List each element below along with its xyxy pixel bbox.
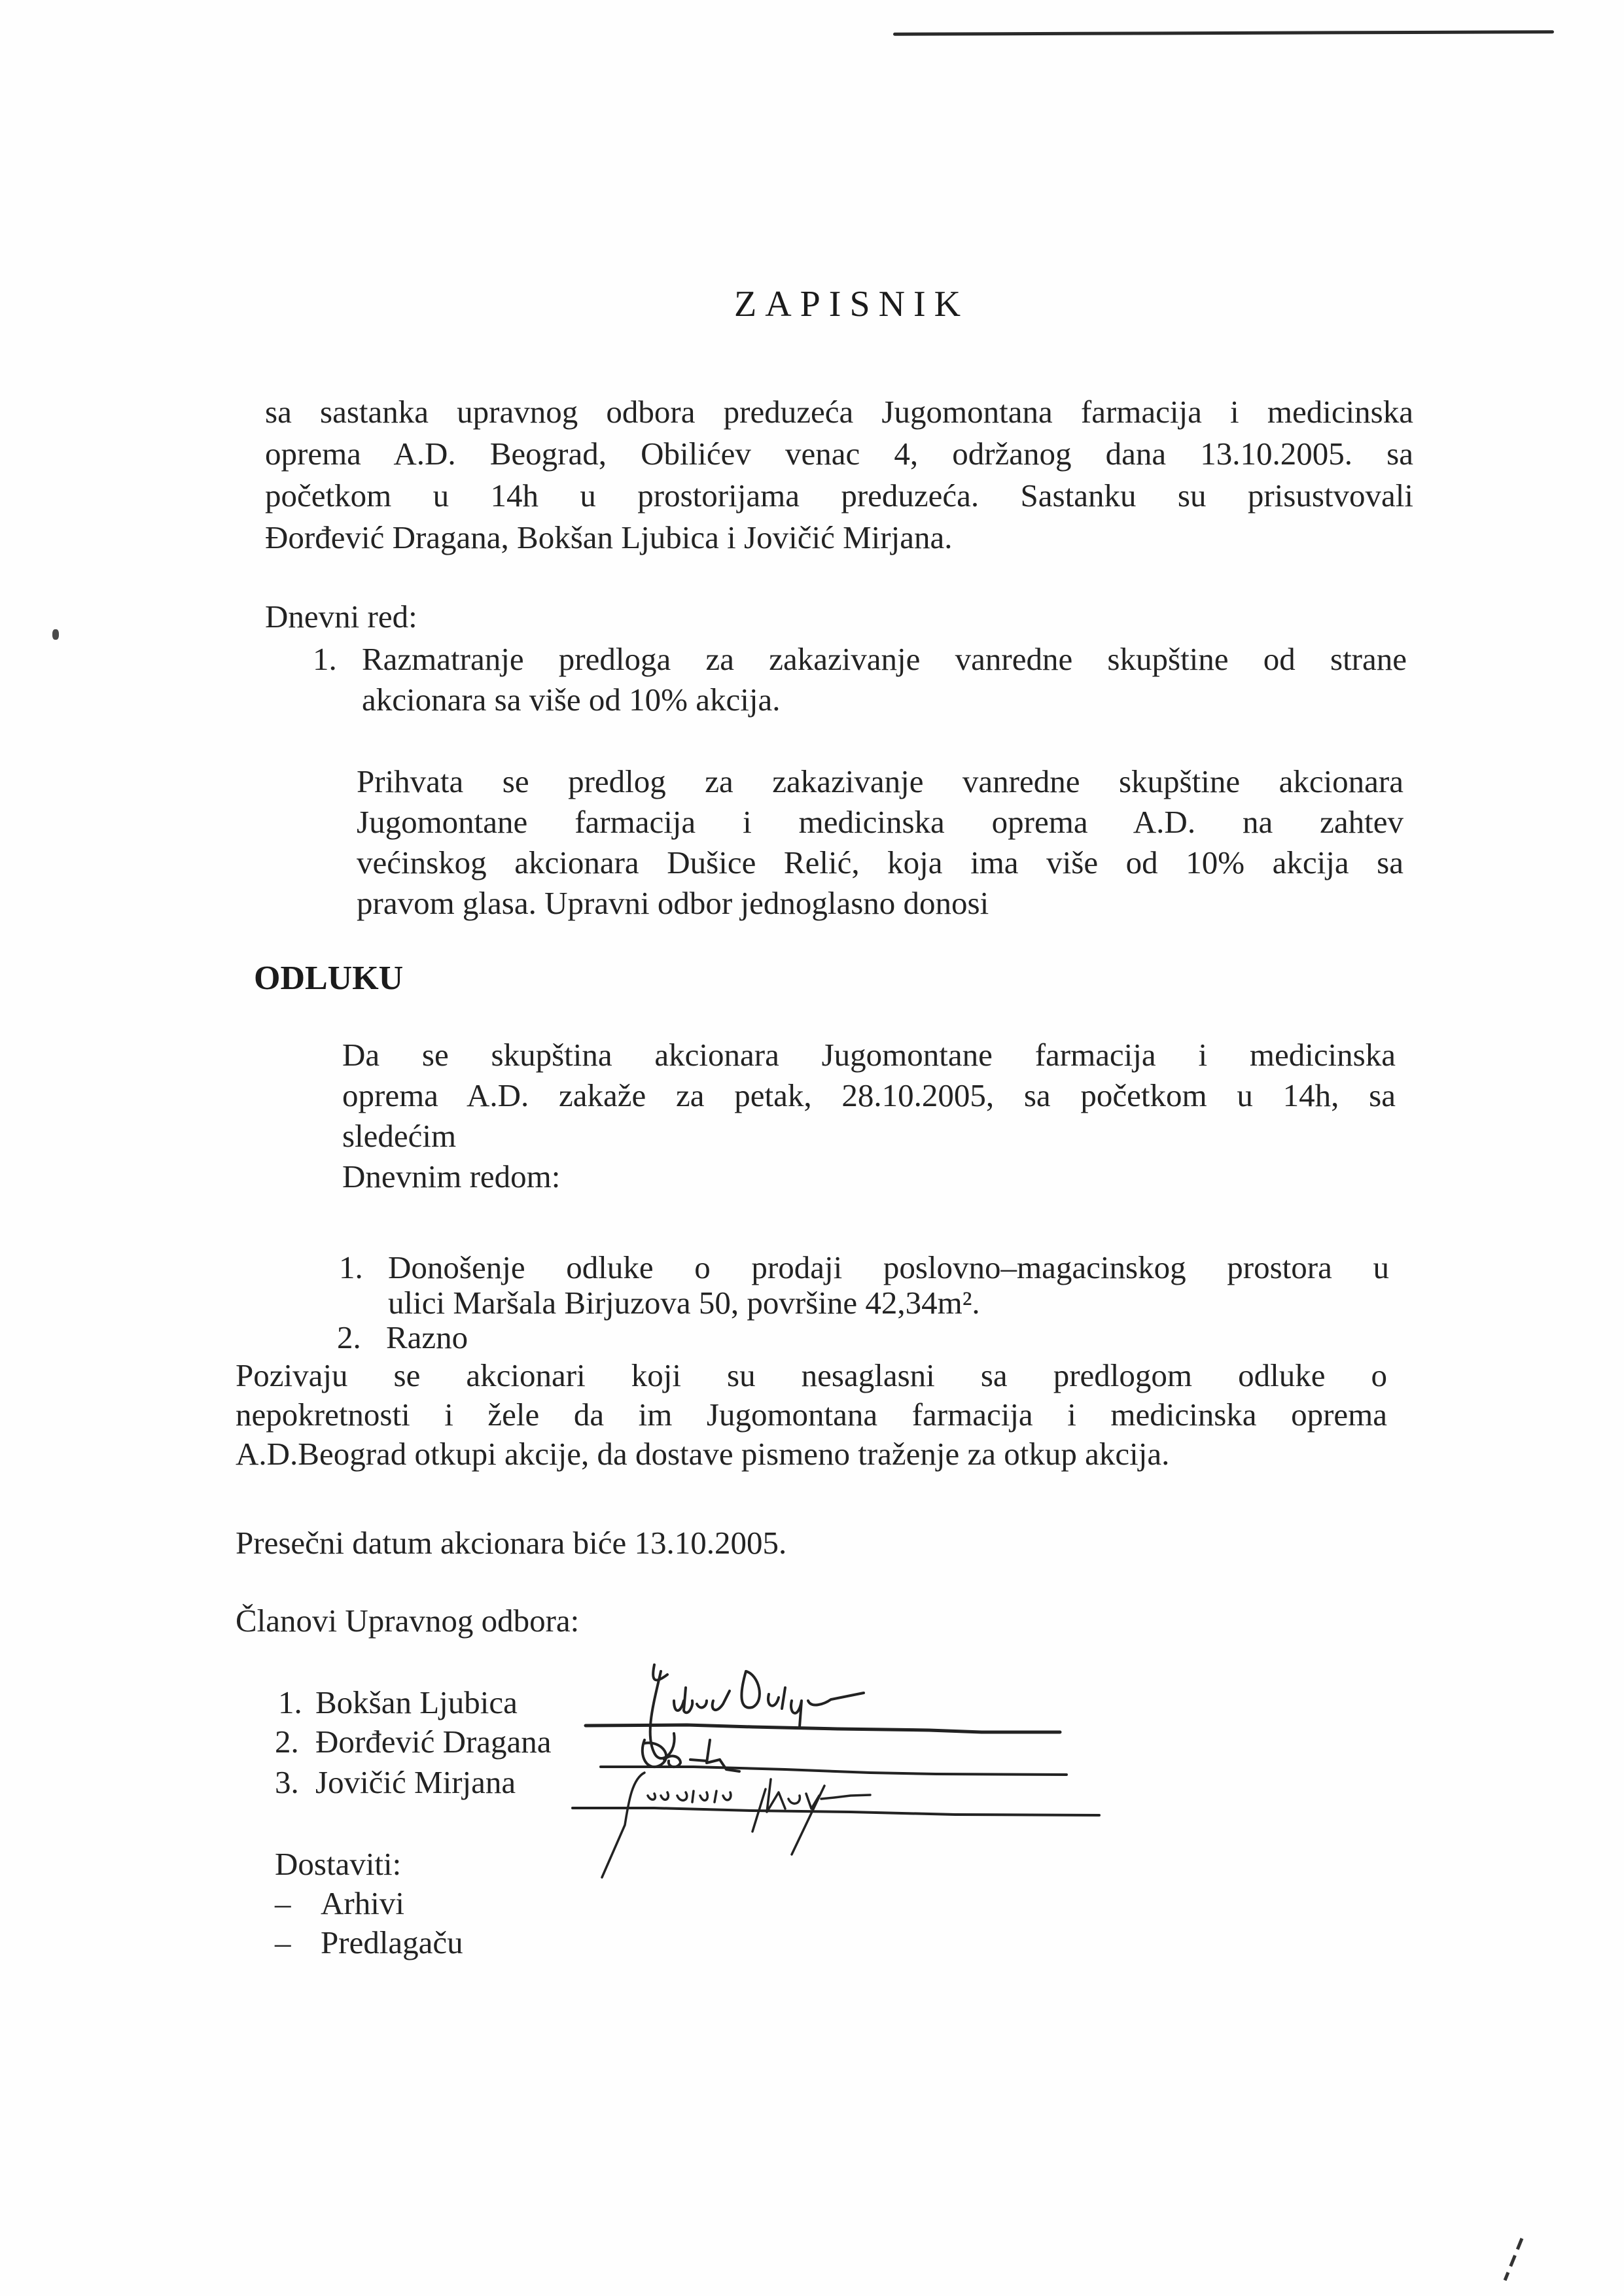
distribution-item: Arhivi [321,1887,404,1919]
distribution-heading: Dostaviti: [275,1848,401,1880]
signature-jovicic-mirjana [602,1773,870,1877]
corner-pen-mark [1505,2238,1522,2280]
signature-bokshan-ljubica [650,1665,864,1758]
signature-line-2 [601,1767,1067,1775]
scanned-document-page: ZAPISNIK sa sastanka upravnog odbora pre… [0,0,1624,2296]
signature-line-3 [573,1808,1099,1815]
distribution-item: Predlagaču [321,1926,463,1958]
signature-line-1 [586,1725,1060,1732]
distribution-bullet: – [275,1887,291,1919]
distribution-bullet: – [275,1926,291,1958]
signatures-graphic [0,0,1624,2296]
